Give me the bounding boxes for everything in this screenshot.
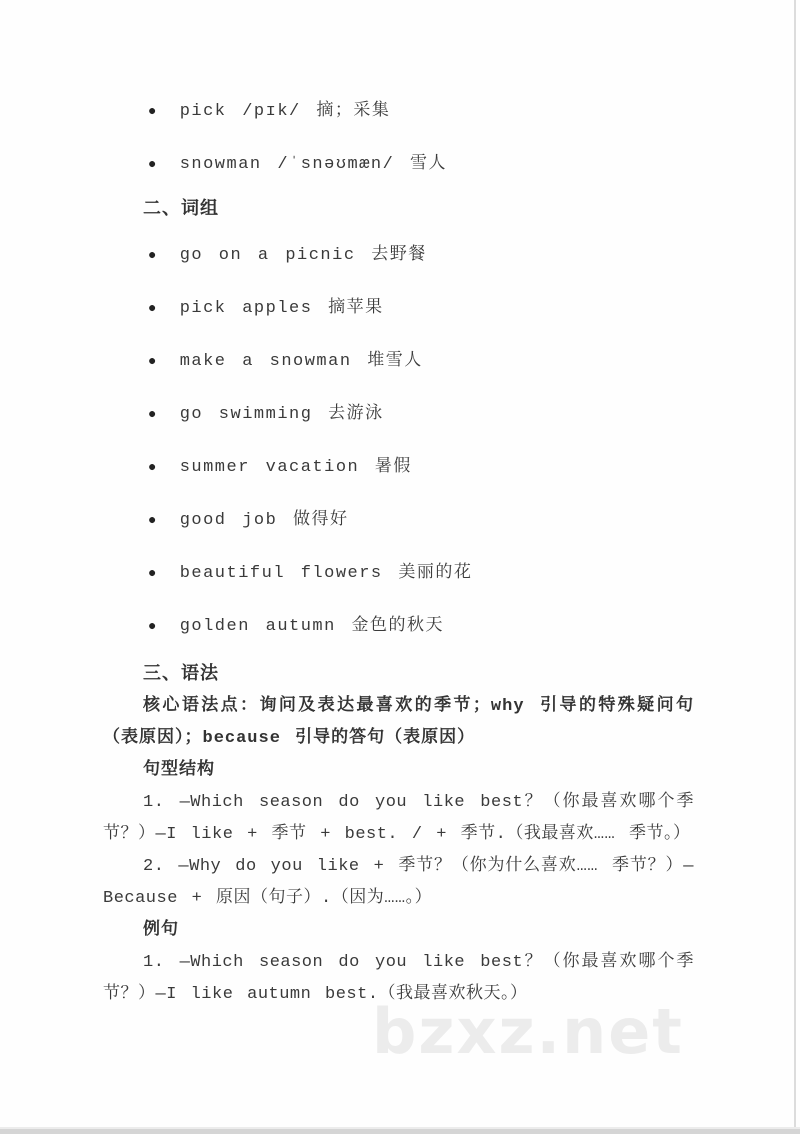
phrase-item: ● go swimming 去游泳 [148,403,694,427]
phrase-item: ● make a snowman 堆雪人 [148,350,694,374]
section-heading-phrases: 二、词组 [143,198,694,222]
bullet-icon: ● [148,403,164,427]
grammar-section: 三、语法 核心语法点：询问及表达最喜欢的季节；why 引导的特殊疑问句（表原因）… [103,659,694,1011]
bullet-icon: ● [148,100,164,124]
phrase-item: ● summer vacation 暑假 [148,456,694,480]
document-page: ● pick /pɪk/ 摘；采集 ● snowman /ˈsnəʊmæn/ 雪… [0,0,800,1134]
bullet-icon: ● [148,615,164,639]
phrase-item-text: beautiful flowers 美丽的花 [180,564,473,583]
bottom-scrollbar-track [0,1127,800,1134]
pattern-item: 1. —Which season do you like best？（你最喜欢哪… [103,787,694,851]
pattern-item: 2. —Why do you like + 季节？（你为什么喜欢…… 季节？）—… [103,851,694,915]
examples-heading: 例句 [103,915,694,947]
phrase-item-text: go swimming 去游泳 [180,405,384,424]
bullet-icon: ● [148,297,164,321]
phrase-item-text: make a snowman 堆雪人 [180,352,423,371]
section-heading-grammar: 三、语法 [103,659,694,691]
bullet-icon: ● [148,509,164,533]
phrase-item: ● golden autumn 金色的秋天 [148,615,694,639]
phrase-item-text: good job 做得好 [180,511,349,530]
bullet-icon: ● [148,562,164,586]
phrase-item: ● beautiful flowers 美丽的花 [148,562,694,586]
vocab-item: ● pick /pɪk/ 摘；采集 [148,100,694,124]
vocab-item-text: pick /pɪk/ 摘；采集 [180,102,391,121]
bullet-icon: ● [148,350,164,374]
phrase-list: ● go on a picnic 去野餐 ● pick apples 摘苹果 ●… [103,244,694,639]
document-content: ● pick /pɪk/ 摘；采集 ● snowman /ˈsnəʊmæn/ 雪… [0,0,800,1011]
grammar-core-point: 核心语法点：询问及表达最喜欢的季节；why 引导的特殊疑问句（表原因）；beca… [103,691,694,755]
vocab-item-text: snowman /ˈsnəʊmæn/ 雪人 [180,155,447,174]
phrase-item-text: golden autumn 金色的秋天 [180,617,444,636]
phrase-item-text: go on a picnic 去野餐 [180,246,427,265]
phrase-item: ● good job 做得好 [148,509,694,533]
patterns-heading: 句型结构 [103,755,694,787]
phrase-item-text: summer vacation 暑假 [180,458,412,477]
bullet-icon: ● [148,153,164,177]
page-edge-line [794,0,796,1134]
phrase-item: ● pick apples 摘苹果 [148,297,694,321]
vocabulary-list: ● pick /pɪk/ 摘；采集 ● snowman /ˈsnəʊmæn/ 雪… [103,100,694,177]
vocab-item: ● snowman /ˈsnəʊmæn/ 雪人 [148,153,694,177]
bullet-icon: ● [148,456,164,480]
phrase-item: ● go on a picnic 去野餐 [148,244,694,268]
phrase-item-text: pick apples 摘苹果 [180,299,384,318]
example-item: 1. —Which season do you like best？（你最喜欢哪… [103,947,694,1011]
bullet-icon: ● [148,244,164,268]
